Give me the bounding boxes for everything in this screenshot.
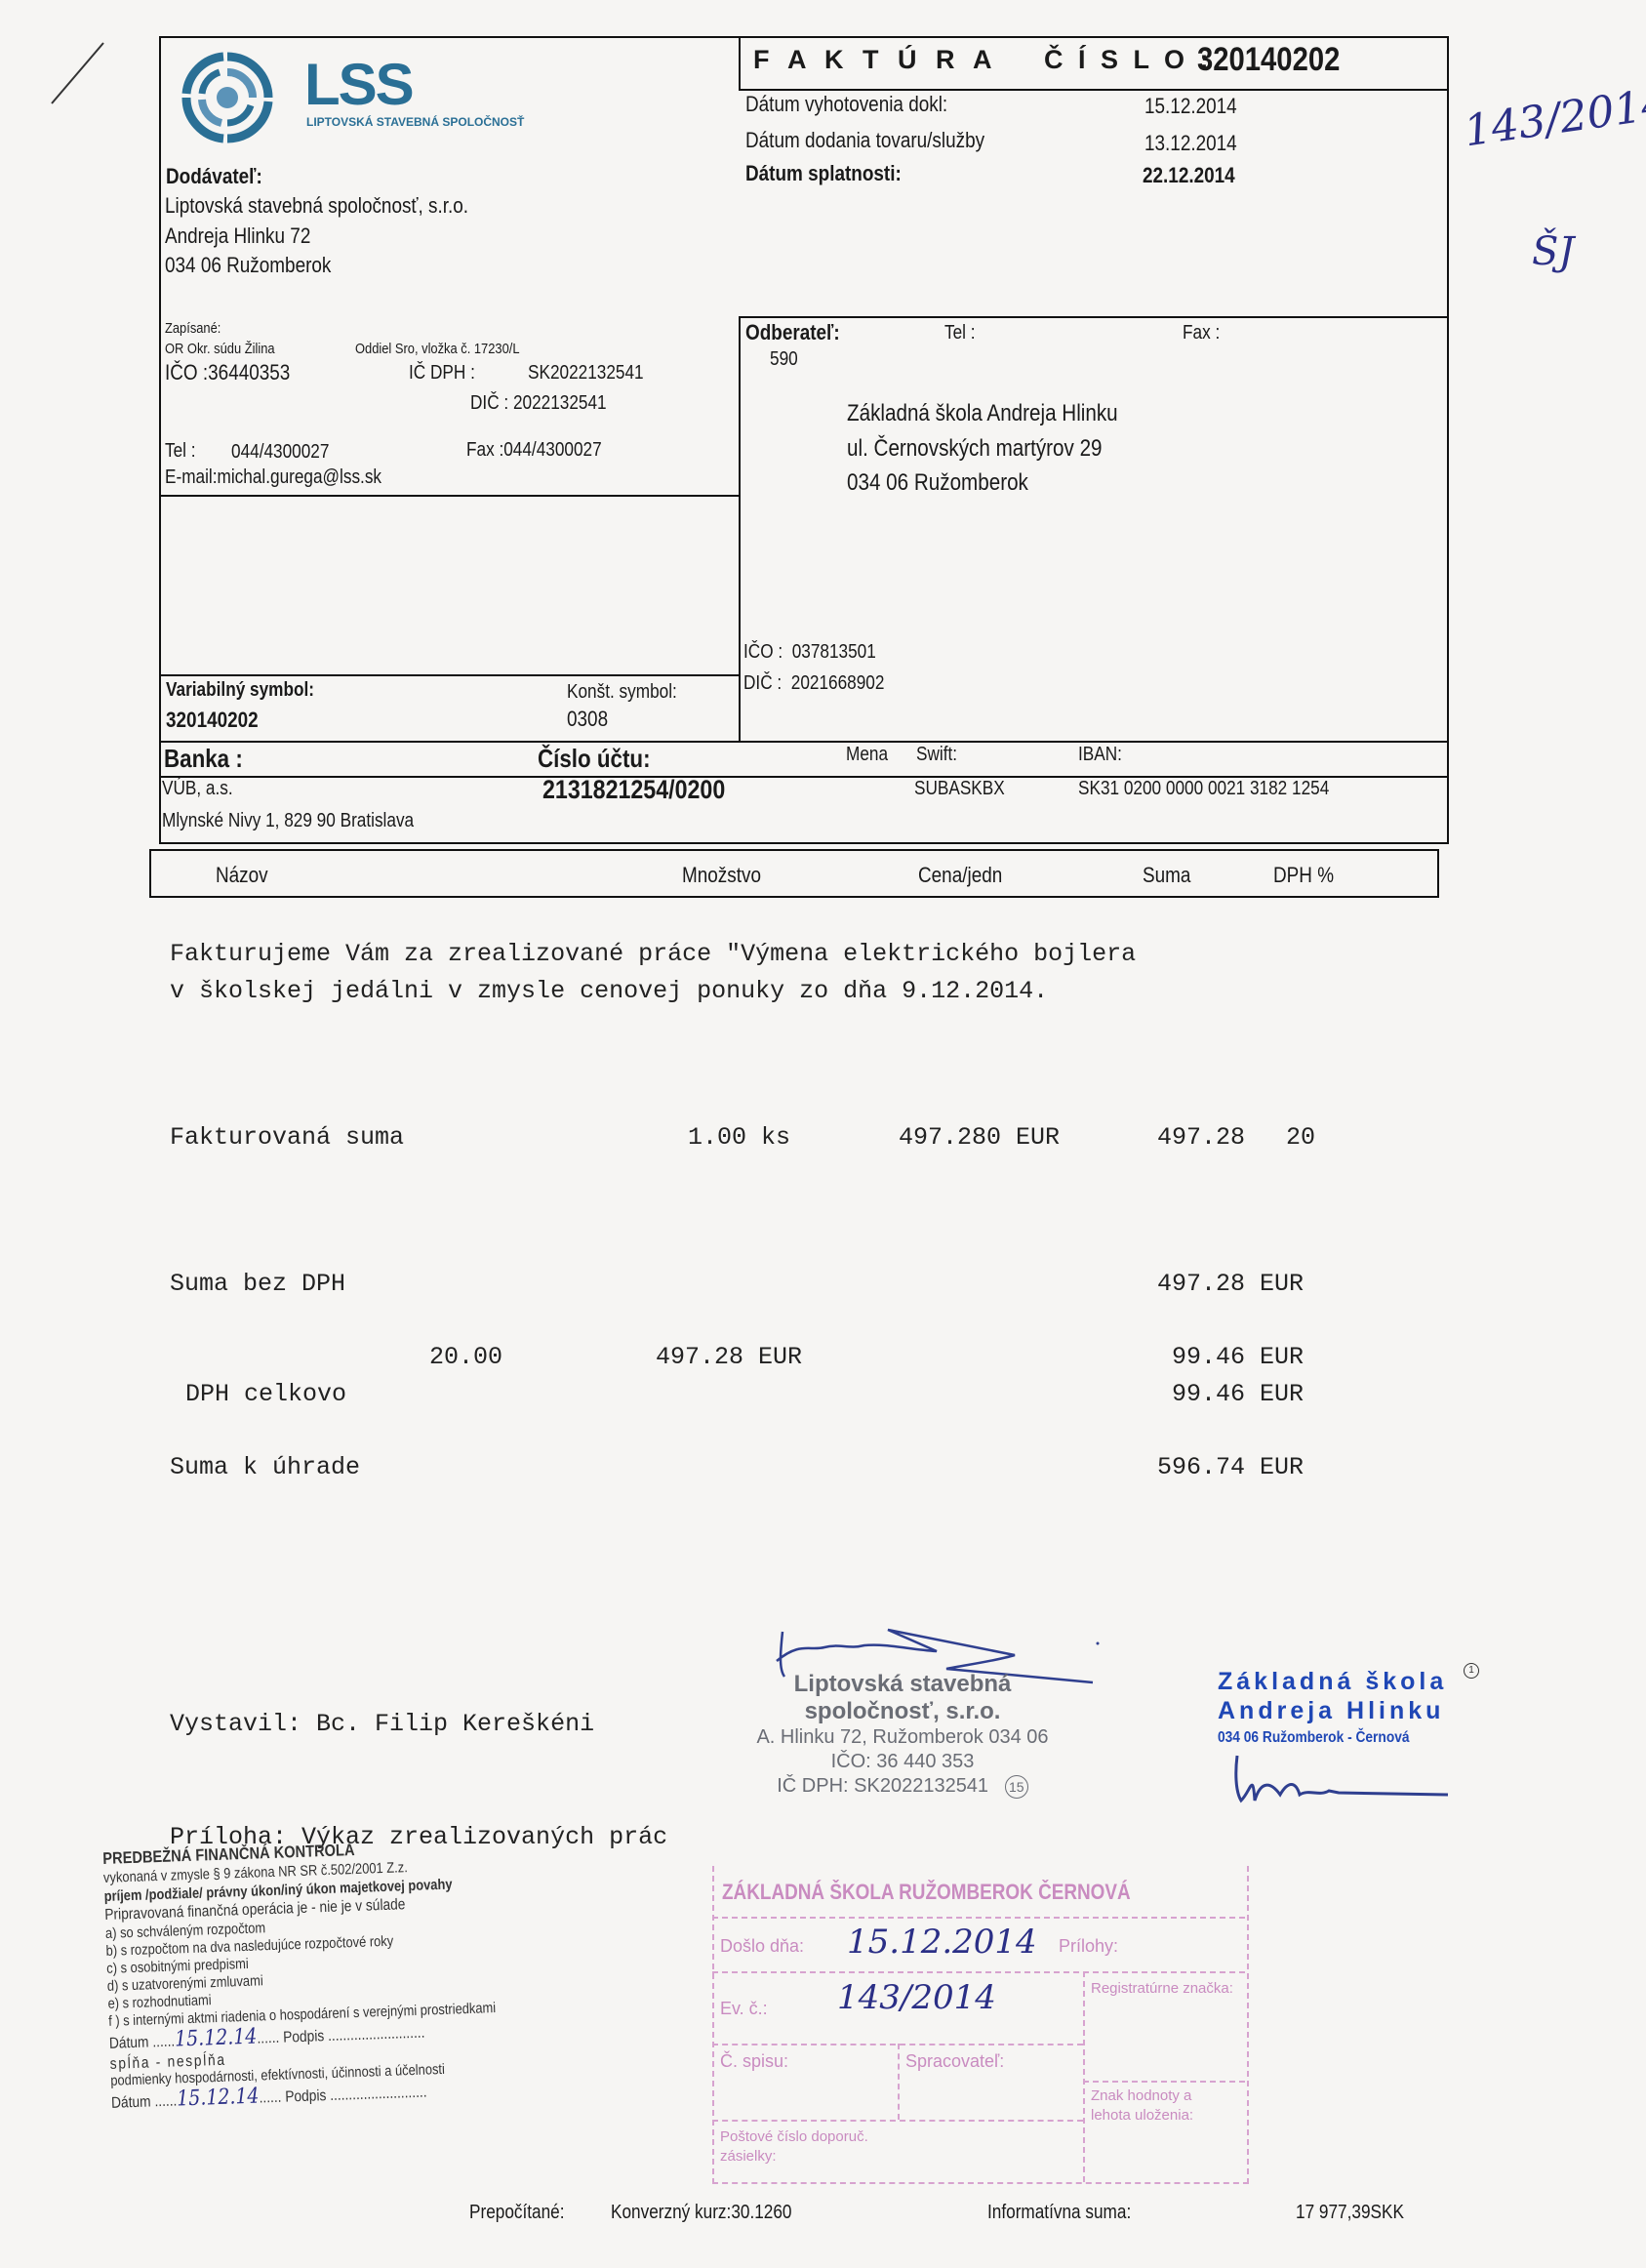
bank-label: Banka : [164,744,243,774]
supplier-icdph-label: IČ DPH : [409,362,475,385]
supplier-icdph: SK2022132541 [528,362,644,385]
constant-symbol: 0308 [567,707,608,732]
supplier-stamp-line5: IČ DPH: SK2022132541 15 [751,1774,1054,1799]
invoice-number: 320140202 [1197,41,1340,79]
registry-attachments-label: Prílohy: [1059,1936,1118,1957]
supplier-stamp-line4: IČO: 36 440 353 [751,1750,1054,1774]
date-delivery-label: Dátum dodania tovaru/služby [745,128,984,153]
registry-stamp: ZÁKLADNÁ ŠKOLA RUŽOMBEROK ČERNOVÁ Došlo … [712,1866,1245,2182]
school-stamp: Základná škola Andreja Hlinku 034 06 Ruž… [1218,1667,1447,1751]
footer-info-label: Informatívna suma: [987,2202,1131,2224]
date-issued-label: Dátum vyhotovenia dokl: [745,92,947,117]
registry-processor-label: Spracovateľ: [905,2051,1004,2072]
vat-total-value: 99.46 EUR [1172,1380,1304,1408]
supplier-street: Andreja Hlinku 72 [165,223,310,249]
currency-label: Mena [846,744,888,766]
constant-symbol-label: Konšt. symbol: [567,681,677,704]
vat-amount: 99.46 EUR [1172,1343,1304,1371]
footer-info-sum: 17 977,39SKK [1296,2202,1404,2224]
item-vat: 20 [1286,1123,1315,1152]
registry-value-label: Znak hodnoty a lehota uloženia: [1091,2086,1208,2126]
vat-base: 497.28 EUR [656,1343,802,1371]
item-unit-price: 497.280 EUR [899,1123,1060,1152]
company-logo [179,51,276,149]
supplier-stamp-line1: Liptovská stavebná [751,1671,1054,1698]
supplier-fax: Fax :044/4300027 [466,439,602,462]
supplier-stamp-line2: spoločnosť, s.r.o. [751,1698,1054,1725]
col-name: Názov [216,863,268,888]
date-due-label: Dátum splatnosti: [745,161,902,186]
footer-recalc-label: Prepočítané: [469,2202,565,2224]
account-number: 2131821254/0200 [542,775,725,805]
customer-ico: IČO : 037813501 [743,641,876,664]
subtotal-label: Suma bez DPH [170,1270,345,1298]
handwritten-reference: 143/2014 [1461,79,1646,157]
total-value: 596.74 EUR [1157,1453,1304,1481]
supplier-name: Liptovská stavebná spoločnosť, s.r.o. [165,193,468,219]
supplier-stamp-line3: A. Hlinku 72, Ružomberok 034 06 [751,1725,1054,1750]
control-date-1: 15.12.14 [175,2025,258,2052]
col-quantity: Množstvo [682,863,761,888]
invoice-number-label: Č Í S L O : [1044,45,1213,75]
handwritten-initials: ŠJ [1532,229,1574,274]
registry-ev-number: 143/2014 [837,1978,996,2017]
margin-slash [47,39,105,107]
control-date-2: 15.12.14 [177,2085,260,2112]
supplier-court: OR Okr. súdu Žilina [165,341,275,357]
col-unit-price: Cena/jedn [918,863,1002,888]
supplier-tel-label: Tel : [165,440,196,463]
bank-name: VÚB, a.s. [162,778,233,800]
registry-received-label: Došlo dňa: [720,1936,804,1957]
description-line-2: v školskej jedálni v zmysle cenovej ponu… [170,977,1048,1005]
issued-by: Vystavil: Bc. Filip Kereškéni [170,1710,594,1738]
school-stamp-line3: 034 06 Ružomberok - Černová [1218,1725,1415,1751]
vat-total-label: DPH celkovo [185,1380,346,1408]
item-name: Fakturovaná suma [170,1123,404,1152]
footer-conversion-rate: Konverzný kurz:30.1260 [611,2202,791,2224]
customer-heading: Odberateľ: [745,320,840,345]
school-signature [1231,1752,1456,1815]
date-due-value: 22.12.2014 [1143,163,1235,188]
col-sum: Suma [1143,863,1190,888]
registry-post-label: Poštové číslo doporuč. zásielky: [720,2127,886,2167]
school-stamp-line2: Andreja Hlinku [1218,1696,1447,1725]
date-delivery-value: 13.12.2014 [1144,131,1237,156]
logo-rings-icon [179,51,276,144]
total-label: Suma k úhrade [170,1453,360,1481]
supplier-registered-label: Zapísané: [165,320,221,337]
school-stamp-line1: Základná škola [1218,1667,1447,1696]
registry-file-label: Č. spisu: [720,2051,788,2072]
table-header: Názov Množstvo Cena/jedn Suma DPH % [149,849,1439,898]
invoice-title: F A K T Ú R A [753,45,997,75]
registry-ev-label: Ev. č.: [720,1999,768,2019]
customer-fax-label: Fax : [1183,322,1220,344]
variable-symbol-label: Variabilný symbol: [166,679,314,702]
iban-label: IBAN: [1078,744,1122,766]
date-issued-value: 15.12.2014 [1144,94,1237,119]
iban-number: SK31 0200 0000 0021 3182 1254 [1078,778,1329,800]
customer-street: ul. Černovských martýrov 29 [847,435,1103,463]
logo-wordmark: LSS [304,51,413,118]
registry-mark-label: Registratúrne značka: [1091,1979,1237,1999]
variable-symbol: 320140202 [166,708,259,733]
customer-name: Základná škola Andreja Hlinku [847,400,1118,427]
bank-address: Mlynské Nivy 1, 829 90 Bratislava [162,810,414,832]
supplier-heading: Dodávateľ: [166,164,262,189]
customer-tel-label: Tel : [944,322,976,344]
supplier-section: Oddiel Sro, vložka č. 17230/L [355,341,520,357]
customer-city: 034 06 Ružomberok [847,469,1028,497]
description-line-1: Fakturujeme Vám za zrealizované práce "V… [170,940,1136,968]
school-stamp-badge: 1 [1464,1663,1479,1679]
supplier-stamp: Liptovská stavebná spoločnosť, s.r.o. A.… [751,1671,1054,1799]
supplier-city: 034 06 Ružomberok [165,253,331,278]
supplier-tel: 044/4300027 [231,441,329,464]
logo-tagline: LIPTOVSKÁ STAVEBNÁ SPOLOČNOSŤ [306,115,524,129]
swift-code: SUBASKBX [914,778,1005,800]
subtotal-value: 497.28 EUR [1157,1270,1304,1298]
col-vat: DPH % [1273,863,1334,888]
supplier-email[interactable]: E-mail:michal.gurega@lss.sk [165,466,381,489]
swift-label: Swift: [916,744,957,766]
item-quantity: 1.00 ks [688,1123,790,1152]
item-sum: 497.28 [1157,1123,1245,1152]
stamp-number-badge: 15 [1005,1775,1028,1799]
vat-rate: 20.00 [429,1343,502,1371]
registry-title: ZÁKLADNÁ ŠKOLA RUŽOMBEROK ČERNOVÁ [722,1880,1131,1905]
account-label: Číslo účtu: [538,744,651,774]
supplier-ico: IČO :36440353 [165,360,290,385]
customer-dic: DIČ : 2021668902 [743,672,884,695]
registry-received-date: 15.12.2014 [847,1923,1037,1962]
customer-code: 590 [770,348,798,371]
financial-control-stamp: PREDBEŽNÁ FINANČNÁ KONTROLA vykonaná v z… [102,1834,570,2116]
supplier-dic: DIČ : 2022132541 [470,392,607,415]
